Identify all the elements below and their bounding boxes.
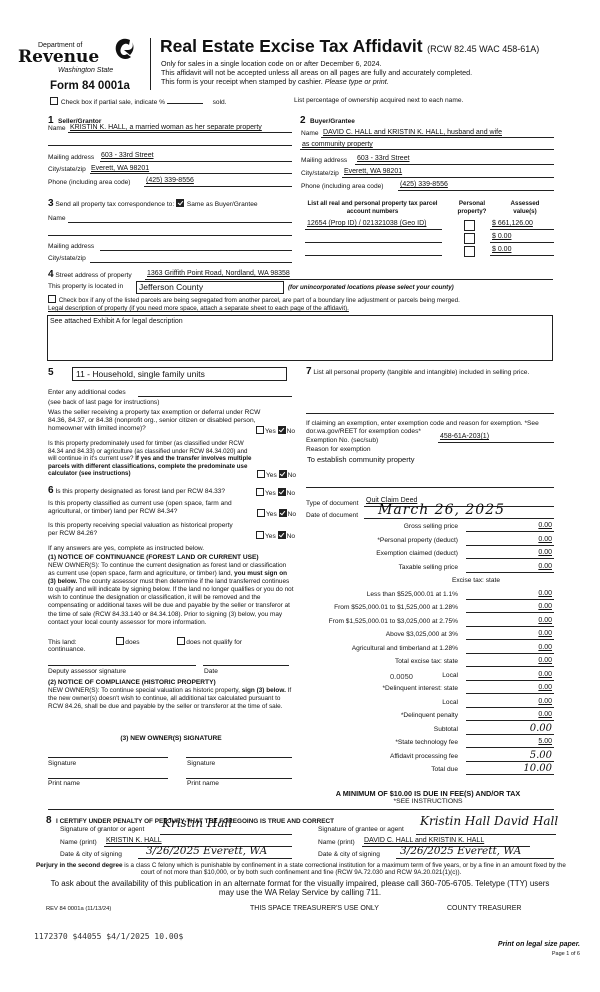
buyer-heading: 2 Buyer/Grantee xyxy=(300,110,355,128)
tax-row-label: *State technology fee xyxy=(288,739,458,746)
partial-sale-checkbox[interactable] xyxy=(50,97,58,105)
historical-yes-checkbox[interactable] xyxy=(256,531,264,539)
deputy-sig-label: Deputy assessor signature xyxy=(48,668,126,676)
assessed-value-field[interactable]: $ 661,126.00 xyxy=(492,220,533,227)
grantee-name-field[interactable]: DAVID C. HALL and KRISTIN K. HALL xyxy=(364,837,484,844)
section-7-number: 7 xyxy=(306,366,312,377)
grantor-sig-line xyxy=(160,834,292,835)
tax-row-label: Agricultural and timberland at 1.28% xyxy=(288,645,458,652)
buyer-city-line xyxy=(342,177,554,178)
assessed-col-header: Assessed value(s) xyxy=(500,200,550,216)
notice-compliance-text: NEW OWNER(S): To continue special valuat… xyxy=(48,687,294,711)
tax-row-label: Taxable selling price xyxy=(288,564,458,571)
perjury-text: is a class C felony which is punishable … xyxy=(124,862,566,876)
tax-row-label: Total due xyxy=(288,766,458,773)
segregated-row: Check box if any of the listed parcels a… xyxy=(48,295,460,304)
perjury-bold: Perjury in the second degree xyxy=(36,862,122,869)
reason-field[interactable]: To establish community property xyxy=(307,455,415,464)
tax-row-value[interactable]: 5.00 xyxy=(494,738,552,745)
minimum-note: A MINIMUM OF $10.00 IS DUE IN FEE(S) AND… xyxy=(300,789,556,798)
historical-no-checkbox[interactable] xyxy=(278,531,286,539)
tax-row-label: *Personal property (deduct) xyxy=(288,537,458,544)
continuance-label: continuance. xyxy=(48,646,85,654)
personal-property-label: 7 List all personal property (tangible a… xyxy=(306,368,556,377)
seller-name-label: Name xyxy=(48,125,66,133)
personal-property-checkbox[interactable] xyxy=(464,220,475,231)
yes-label: Yes xyxy=(265,533,276,540)
tax-row-line xyxy=(466,707,554,708)
tax-row-value[interactable]: 0.00 xyxy=(494,522,552,529)
buyer-phone-field[interactable]: (425) 339-8556 xyxy=(400,181,448,188)
corr-name-line[interactable] xyxy=(68,222,292,223)
tax-row-line xyxy=(466,734,554,735)
no-label: No xyxy=(288,511,296,518)
buyer-city-label: City/state/zip xyxy=(301,170,339,178)
no-label: No xyxy=(287,533,295,540)
street-label: Street address of property xyxy=(55,272,131,279)
seller-name-line xyxy=(68,132,292,133)
grantee-date-line xyxy=(396,858,554,859)
deputy-date-line[interactable] xyxy=(203,665,289,666)
this-land-label: This land: xyxy=(48,639,77,646)
tax-row-line xyxy=(466,720,554,721)
yes-label: Yes xyxy=(266,511,277,518)
additional-codes-label: Enter any additional codes xyxy=(48,389,126,397)
seller-city-field[interactable]: Everett, WA 98201 xyxy=(91,165,149,172)
section-5-number: 5 xyxy=(48,367,54,378)
perjury-warning: Perjury in the second degree is a class … xyxy=(36,862,566,877)
buyer-name-line2-field[interactable]: as community property xyxy=(302,141,373,148)
treasurer-use-label: THIS SPACE TREASURER'S USE ONLY xyxy=(250,905,379,912)
yes-label: Yes xyxy=(266,472,277,479)
grantor-sig-label: Signature of grantor or agent xyxy=(60,826,144,834)
tax-row-value[interactable]: 10.00 xyxy=(494,763,552,774)
additional-codes-line[interactable] xyxy=(138,396,292,397)
timber-yes-checkbox[interactable] xyxy=(257,470,265,478)
title-text: Real Estate Excise Tax Affidavit xyxy=(160,36,423,56)
street-line xyxy=(145,279,553,280)
buyer-phone-line xyxy=(398,190,554,191)
grantor-signature[interactable]: Kristin Hall xyxy=(162,816,232,830)
personal-property-checkbox[interactable] xyxy=(464,233,475,244)
form-title: Real Estate Excise Tax Affidavit (RCW 82… xyxy=(160,36,539,57)
buyer-name-field[interactable]: DAVID C. HALL and KRISTIN K. HALL, husba… xyxy=(323,129,502,136)
forest-no-checkbox[interactable] xyxy=(278,488,286,496)
tax-row-label: Exemption claimed (deduct) xyxy=(288,550,458,557)
correspondence-label: Send all property tax correspondence to: xyxy=(55,201,174,208)
historical-yes-no: Yes No xyxy=(256,531,295,541)
use-code-select[interactable]: 11 - Household, single family units xyxy=(72,367,287,381)
seller-city-label: City/state/zip xyxy=(48,166,86,174)
doc-type-label: Type of document xyxy=(306,500,358,508)
grantee-date-field[interactable]: 3/26/2025 Everett, WA xyxy=(400,845,521,857)
seller-mailing-line xyxy=(100,161,292,162)
owner-print-label-2: Print name xyxy=(187,780,219,788)
notice-compliance-title: (2) NOTICE OF COMPLIANCE (HISTORIC PROPE… xyxy=(48,679,216,686)
corr-mailing-label: Mailing address xyxy=(48,243,94,251)
buyer-heading-label: Buyer/Grantee xyxy=(310,118,355,125)
located-in-label: This property is located in xyxy=(48,283,123,291)
no-label: No xyxy=(287,490,295,497)
additional-codes-note: (see back of last page for instructions) xyxy=(48,399,159,407)
section-7-label: List all personal property (tangible and… xyxy=(313,369,529,376)
notice2-text-b: sign (3) below. xyxy=(242,687,286,694)
forest-yes-checkbox[interactable] xyxy=(256,488,264,496)
tax-row-value[interactable]: 0.00 xyxy=(494,644,552,651)
answers-instructions: If any answers are yes, complete as inst… xyxy=(48,545,204,553)
segregated-checkbox[interactable] xyxy=(48,295,56,303)
owner-sig-label-1: Signature xyxy=(48,760,76,768)
tax-row-line xyxy=(466,639,554,640)
corr-mailing-line[interactable] xyxy=(100,250,292,251)
corr-name-line-2[interactable] xyxy=(48,235,292,236)
tax-row-label: Local xyxy=(288,699,458,706)
rev-number: REV 84 0001a (11/13/24) xyxy=(46,906,111,912)
tax-row-value[interactable]: 0.00 xyxy=(494,671,552,678)
grantor-date-field[interactable]: 3/26/2025 Everett, WA xyxy=(146,845,267,857)
seller-phone-field[interactable]: (425) 339-8556 xyxy=(146,177,194,184)
tax-row-line xyxy=(466,653,554,654)
assessed-value-line xyxy=(490,255,554,256)
grantor-name-label: Name (print) xyxy=(60,839,97,847)
street-row: 4 Street address of property xyxy=(48,271,132,280)
grantee-sig-line xyxy=(416,834,556,835)
tax-row-value[interactable]: 0.00 xyxy=(494,657,552,664)
exemption-yes-checkbox[interactable] xyxy=(256,426,264,434)
buyer-city-field[interactable]: Everett, WA 98201 xyxy=(344,168,402,175)
tax-row-label: Total excise tax: state xyxy=(288,658,458,665)
tax-row-value[interactable]: 0.00 xyxy=(494,617,552,624)
deputy-date-label: Date xyxy=(204,668,218,676)
notice2-text-a: NEW OWNER(S): To continue special valuat… xyxy=(48,687,240,694)
legal-desc-label: Legal description of property (if you ne… xyxy=(48,305,349,312)
grantee-signature[interactable]: Kristin Hall David Hall xyxy=(420,814,558,828)
county-select[interactable]: Jefferson County xyxy=(136,281,284,294)
new-owner-sig-title: (3) NEW OWNER(S) SIGNATURE xyxy=(48,735,294,742)
parcel-number-field[interactable]: 12654 (Prop ID) / 021321038 (Geo ID) xyxy=(307,220,426,227)
seller-name-field[interactable]: KRISTIN K. HALL, a married woman as her … xyxy=(70,124,262,131)
segregated-label: Check box if any of the listed parcels a… xyxy=(59,297,460,304)
exemption-question: Was the seller receiving a property tax … xyxy=(48,409,263,433)
buyer-mailing-field[interactable]: 603 - 33rd Street xyxy=(357,155,410,162)
forest-yes-no: Yes No xyxy=(256,488,295,498)
no-label: No xyxy=(287,428,295,435)
header-line-2: This affidavit will not be accepted unle… xyxy=(161,69,472,77)
street-address-field[interactable]: 1363 Griffith Point Road, Nordland, WA 9… xyxy=(147,270,290,277)
seller-city-line xyxy=(90,173,292,174)
buyer-mailing-label: Mailing address xyxy=(301,157,347,165)
reason-line xyxy=(306,487,554,488)
washington-state-label: Washington State xyxy=(58,67,113,74)
section-4-number: 4 xyxy=(48,269,54,280)
doc-date-label: Date of document xyxy=(306,512,358,520)
tax-row-label: *Delinquent penalty xyxy=(288,712,458,719)
tax-row-label: Less than $525,000.01 at 1.1% xyxy=(288,591,458,598)
partial-percent-field[interactable] xyxy=(167,103,203,104)
tax-row-value[interactable]: 0.00 xyxy=(494,630,552,637)
tax-row-value[interactable]: 0.00 xyxy=(494,723,552,734)
section-8-number: 8 xyxy=(46,815,52,826)
tax-row-line xyxy=(466,626,554,627)
seller-mailing-label: Mailing address xyxy=(48,154,94,162)
does-not-qualify-checkbox[interactable] xyxy=(177,637,185,645)
grantor-name-field[interactable]: KRISTIN K. HALL xyxy=(106,837,162,844)
legal-description-field[interactable]: See attached Exhibit A for legal descrip… xyxy=(47,315,553,361)
buyer-phone-label: Phone (including area code) xyxy=(301,183,383,191)
exemption-no-label: Exemption No. (sec/sub) xyxy=(306,437,378,445)
timber-yes-no: Yes No xyxy=(257,470,296,480)
assessed-value-line xyxy=(490,229,554,230)
print-legal-note: Print on legal size paper. xyxy=(420,941,580,948)
exemption-no-line xyxy=(438,442,554,443)
parcel-line xyxy=(305,242,442,243)
current-use-no-checkbox[interactable] xyxy=(279,509,287,517)
correspondence-row: 3 Send all property tax correspondence t… xyxy=(48,199,258,209)
tax-row-value[interactable]: 0.00 xyxy=(494,563,552,570)
tax-row-label: From $525,000.01 to $1,525,000 at 1.28% xyxy=(288,604,458,611)
title-ref: (RCW 82.45 WAC 458-61A) xyxy=(427,44,539,54)
see-instructions-note: *SEE INSTRUCTIONS xyxy=(300,798,556,805)
current-use-yes-checkbox[interactable] xyxy=(257,509,265,517)
section-3-number: 3 xyxy=(48,198,54,209)
section-6-number: 6 xyxy=(48,485,54,496)
personal-col-header: Personal property? xyxy=(452,200,492,216)
tax-row-label: Affidavit processing fee xyxy=(288,753,458,760)
does-label: does xyxy=(125,639,139,646)
notice1-text-c: The county assessor must then determine … xyxy=(48,578,294,625)
doc-date-field[interactable]: March 26, 2025 xyxy=(378,502,505,518)
assessed-value-line xyxy=(490,242,554,243)
tax-row-line xyxy=(466,666,554,667)
corr-city-label: City/state/zip xyxy=(48,255,86,263)
owner-print-line-2[interactable] xyxy=(186,778,292,779)
tax-row-line xyxy=(466,612,554,613)
tax-row-line xyxy=(466,761,554,762)
historical-question: Is this property receiving special valua… xyxy=(48,522,243,538)
dor-swirl-logo-icon xyxy=(112,36,134,62)
same-as-buyer-label: Same as Buyer/Grantee xyxy=(187,201,258,208)
assessed-value-field[interactable]: $ 0.00 xyxy=(492,246,511,253)
tax-row-value[interactable]: 0.00 xyxy=(494,590,552,597)
current-use-question: Is this property classified as current u… xyxy=(48,500,248,516)
tax-row-value[interactable]: 0.00 xyxy=(494,684,552,691)
deputy-sig-line[interactable] xyxy=(48,665,196,666)
tax-row-line xyxy=(466,572,554,573)
header-line-3: This form is your receipt when stamped b… xyxy=(161,78,389,86)
yes-label: Yes xyxy=(265,490,276,497)
exemption-intro: If claiming an exemption, enter exemptio… xyxy=(306,420,556,436)
ownership-note: List percentage of ownership acquired ne… xyxy=(294,97,463,105)
assessed-value-field[interactable]: $ 0.00 xyxy=(492,233,511,240)
owner-print-label-1: Print name xyxy=(48,780,80,788)
receipt-note: This form is your receipt when stamped b… xyxy=(161,77,323,86)
does-not-label: does not qualify for xyxy=(186,639,242,646)
cashier-stamp: 1172370 $44055 $4/1/2025 10.00$ xyxy=(34,932,183,941)
tax-row-value[interactable]: 5.00 xyxy=(494,750,552,761)
section-2-number: 2 xyxy=(300,115,306,126)
doc-date-line xyxy=(364,518,554,519)
grantor-date-line xyxy=(138,858,292,859)
tax-row-line xyxy=(466,680,554,681)
corr-city-line[interactable] xyxy=(90,262,292,263)
personal-property-line[interactable] xyxy=(306,413,554,414)
exemption-yes-no: Yes No xyxy=(256,426,295,436)
page-number: Page 1 of 6 xyxy=(480,951,580,957)
tax-row-line xyxy=(466,558,554,559)
tax-row-value[interactable]: 0.00 xyxy=(494,698,552,705)
tax-row-label: From $1,525,000.01 to $3,025,000 at 2.75… xyxy=(288,618,458,625)
tax-row-line xyxy=(466,599,554,600)
tax-row-value[interactable]: 0.00 xyxy=(494,536,552,543)
yes-label: Yes xyxy=(265,428,276,435)
notice-continuance-title: (1) NOTICE OF CONTINUANCE (FOREST LAND O… xyxy=(48,554,259,561)
grantee-name-label: Name (print) xyxy=(318,839,355,847)
forest-question-row: 6 Is this property designated as forest … xyxy=(48,487,225,496)
notice-continuance-text: NEW OWNER(S): To continue the current de… xyxy=(48,562,294,627)
county-treasurer-label: COUNTY TREASURER xyxy=(447,905,521,912)
tax-row-line xyxy=(466,693,554,694)
no-label: No xyxy=(288,472,296,479)
partial-sale-row: Check box if partial sale, indicate % so… xyxy=(50,97,227,107)
tax-row-value[interactable]: 0.00 xyxy=(494,711,552,718)
dor-logo: Department of Revenue Washington State xyxy=(18,38,138,83)
tax-row-value[interactable]: 0.00 xyxy=(494,603,552,610)
reason-label: Reason for exemption xyxy=(306,446,371,454)
exemption-no-field[interactable]: 458-61A-203(1) xyxy=(440,433,489,440)
owner-print-line-1[interactable] xyxy=(48,778,168,779)
buyer-name-line xyxy=(321,137,554,138)
grantor-date-label: Date & city of signing xyxy=(60,851,122,859)
buyer-mailing-line xyxy=(355,164,554,165)
buyer-name-label: Name xyxy=(301,130,319,138)
does-qualify-checkbox[interactable] xyxy=(116,637,124,645)
timber-no-checkbox[interactable] xyxy=(279,470,287,478)
header-divider xyxy=(150,38,151,90)
seller-mailing-field[interactable]: 603 - 33rd Street xyxy=(101,152,154,159)
exemption-no-checkbox[interactable] xyxy=(278,426,286,434)
tax-section-label: Excise tax: state xyxy=(330,577,500,584)
tax-row-label: Above $3,025,000 at 3% xyxy=(288,631,458,638)
parcel-line xyxy=(305,229,442,230)
county-note: (for unincorporated locations please sel… xyxy=(288,284,454,291)
owner-sig-line-1[interactable] xyxy=(48,757,168,758)
tax-row-label: Gross selling price xyxy=(288,523,458,530)
forest-question: Is this property designated as forest la… xyxy=(55,488,225,495)
grantee-sig-label: Signature of grantee or agent xyxy=(318,826,404,834)
tax-row-line xyxy=(466,774,554,775)
tax-row-label: Local xyxy=(288,672,458,679)
seller-name-line-2 xyxy=(48,145,292,146)
type-or-print-note: Please type or print. xyxy=(325,77,389,86)
form-number: Form 84 0001a xyxy=(50,80,130,92)
same-as-buyer-checkbox[interactable] xyxy=(176,199,184,207)
sold-label: sold. xyxy=(213,99,227,106)
parcel-col-header: List all real and personal property tax … xyxy=(305,200,440,216)
tax-row-line xyxy=(466,531,554,532)
parcel-line xyxy=(305,255,442,256)
owner-sig-label-2: Signature xyxy=(187,760,215,768)
tax-row-value[interactable]: 0.00 xyxy=(494,549,552,556)
timber-question: Is this property predominately used for … xyxy=(48,440,253,478)
owner-sig-line-2[interactable] xyxy=(186,757,292,758)
seller-phone-label: Phone (including area code) xyxy=(48,179,130,187)
seller-phone-line xyxy=(144,186,292,187)
local-rate: 0.0050 xyxy=(390,672,413,681)
buyer-name-line-2 xyxy=(300,149,554,150)
tax-row-line xyxy=(466,545,554,546)
corr-name-label: Name xyxy=(48,215,66,223)
grantee-date-label: Date & city of signing xyxy=(318,851,380,859)
current-use-yes-no: Yes No xyxy=(257,509,296,519)
alt-format-note: To ask about the availability of this pu… xyxy=(50,880,550,897)
tax-row-label: *Delinquent interest: state xyxy=(288,685,458,692)
tax-row-label: Subtotal xyxy=(288,726,458,733)
tax-row-line xyxy=(466,747,554,748)
header-line-1: Only for sales in a single location code… xyxy=(161,60,382,68)
partial-sale-label: Check box if partial sale, indicate % xyxy=(61,99,165,106)
revenue-wordmark: Revenue xyxy=(18,47,99,67)
personal-property-checkbox[interactable] xyxy=(464,246,475,257)
